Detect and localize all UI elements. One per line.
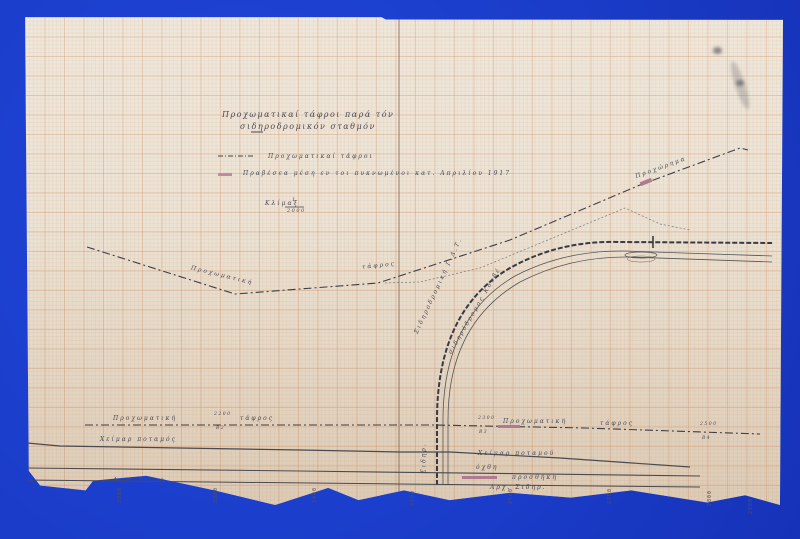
bottom-tick: 2700: [607, 488, 613, 504]
marker-1-bottom: Β2: [216, 426, 225, 431]
legend-label-red: Πραβέσεα μέση εν τοι πυκνωμένοι κατ. Απρ…: [243, 170, 511, 177]
ink-smudge: [713, 47, 722, 54]
bottom-tick: 2600: [508, 488, 514, 504]
bottom-tick: 2400: [312, 487, 318, 503]
scale-denominator: 2000: [287, 208, 306, 214]
map-drawing: [0, 0, 800, 539]
bottom-tick: 2500: [410, 490, 416, 506]
label-bottom-right: Αρχ. Σιδηρ.: [490, 484, 547, 491]
marker-1-top: 2200: [214, 412, 231, 417]
railway-curve-outer: [437, 242, 772, 485]
label-lower-trench-left-2: τάφρος: [240, 415, 274, 422]
label-road-left: Χείμαρ ποταμός: [100, 436, 177, 443]
label-lower-trench-right: Προχωματική: [503, 418, 567, 425]
road-line-1: [27, 468, 700, 476]
red-marker-lower-1: [498, 425, 520, 428]
marker-2-top: 2300: [478, 416, 495, 421]
legend-label-trench: Προχωματικαί τάφροι: [268, 153, 374, 160]
faint-dotted-line: [385, 208, 690, 283]
bottom-tick: 2200: [117, 487, 123, 503]
bottom-tick: 2300: [213, 487, 219, 503]
label-vertical-track: Σιδηρ.: [421, 442, 428, 473]
bottom-tick: 2900: [748, 498, 754, 514]
bottom-tick: 2800: [707, 490, 713, 506]
marker-3-top: 2500: [700, 422, 717, 427]
label-bottom-left: Αρχ. Σιδηρ.: [113, 477, 170, 484]
scale-numerator: 1: [292, 197, 297, 203]
river-line: [27, 443, 690, 467]
title-line-1: Προχωματικαί τάφροι παρά τόν: [222, 110, 394, 119]
legend-red-swatch: [218, 173, 232, 176]
marker-2-bottom: Β3: [479, 430, 488, 435]
label-lower-right-red: προσθήκη: [512, 474, 558, 481]
red-marker-lower-2: [462, 476, 497, 479]
label-lower-trench-left: Προχωματική: [113, 415, 177, 422]
red-marker-upper: [640, 178, 653, 186]
label-road-right-sub: όχθη: [476, 464, 498, 471]
label-road-right: Χείμαρ ποταμού: [478, 450, 555, 457]
title-line-2: σιδηροδρομικόν σταθμόν: [240, 122, 376, 131]
marker-3-bottom: Β4: [702, 436, 711, 441]
lower-trench-line: [85, 425, 760, 434]
label-lower-trench-right-2: τάφρος: [600, 420, 634, 427]
